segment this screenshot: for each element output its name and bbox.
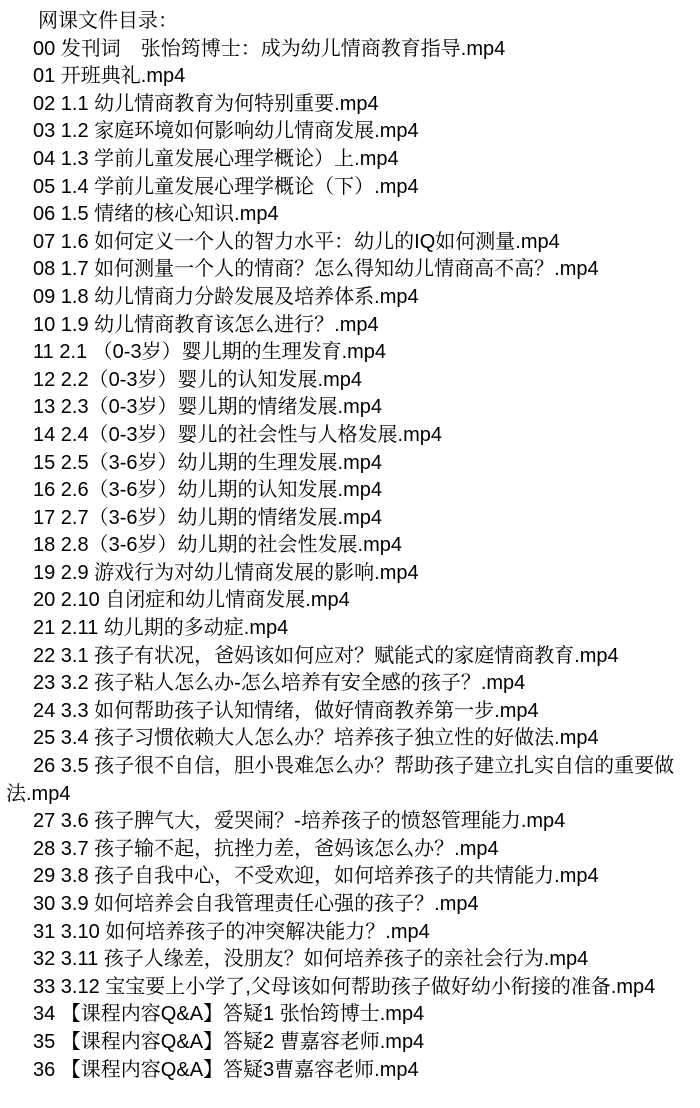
file-index: 34 bbox=[33, 1003, 55, 1025]
file-index: 13 bbox=[33, 396, 55, 418]
file-list-item: 06 1.5 情绪的核心知识.mp4 bbox=[6, 201, 687, 229]
file-name: 2.11 幼儿期的多动症.mp4 bbox=[55, 617, 288, 639]
file-index: 14 bbox=[33, 424, 55, 446]
file-index: 22 bbox=[33, 645, 55, 667]
file-list-item: 31 3.10 如何培养孩子的冲突解决能力？.mp4 bbox=[6, 919, 687, 947]
file-index: 23 bbox=[33, 672, 55, 694]
file-name: 1.2 家庭环境如何影响幼儿情商发展.mp4 bbox=[55, 120, 418, 142]
file-list-item: 32 3.11 孩子人缘差，没朋友？如何培养孩子的亲社会行为.mp4 bbox=[6, 946, 687, 974]
file-name: 2.6（3-6岁）幼儿期的认知发展.mp4 bbox=[55, 479, 382, 501]
file-list-item: 14 2.4（0-3岁）婴儿的社会性与人格发展.mp4 bbox=[6, 422, 687, 450]
file-list-item: 28 3.7 孩子输不起，抗挫力差，爸妈该怎么办？.mp4 bbox=[6, 836, 687, 864]
file-index: 11 bbox=[33, 341, 54, 363]
file-index: 29 bbox=[33, 865, 55, 887]
file-list-item: 26 3.5 孩子很不自信，胆小畏难怎么办？帮助孩子建立扎实自信的重要做法.mp… bbox=[6, 753, 687, 808]
file-index: 30 bbox=[33, 893, 55, 915]
file-list-item: 34 【课程内容Q&A】答疑1 张怡筠博士.mp4 bbox=[6, 1001, 687, 1029]
file-index: 16 bbox=[33, 479, 55, 501]
file-name: 1.8 幼儿情商力分龄发展及培养体系.mp4 bbox=[55, 286, 418, 308]
file-name: 3.9 如何培养会自我管理责任心强的孩子？.mp4 bbox=[55, 893, 478, 915]
file-index: 05 bbox=[33, 176, 55, 198]
file-index: 21 bbox=[33, 617, 55, 639]
file-name: 【课程内容Q&A】答疑3曹嘉容老师.mp4 bbox=[55, 1059, 418, 1081]
file-index: 02 bbox=[33, 93, 55, 115]
file-index: 09 bbox=[33, 286, 55, 308]
file-name: 1.3 学前儿童发展心理学概论）上.mp4 bbox=[55, 148, 398, 170]
file-index: 28 bbox=[33, 838, 55, 860]
file-list-item: 25 3.4 孩子习惯依赖大人怎么办？培养孩子独立性的好做法.mp4 bbox=[6, 725, 687, 753]
file-name: 3.6 孩子脾气大，爱哭闹？-培养孩子的愤怒管理能力.mp4 bbox=[55, 810, 565, 832]
file-list-item: 13 2.3（0-3岁）婴儿期的情绪发展.mp4 bbox=[6, 394, 687, 422]
file-list-item: 35 【课程内容Q&A】答疑2 曹嘉容老师.mp4 bbox=[6, 1029, 687, 1057]
file-list-item: 22 3.1 孩子有状况，爸妈该如何应对？赋能式的家庭情商教育.mp4 bbox=[6, 643, 687, 671]
file-list-item: 20 2.10 自闭症和幼儿情商发展.mp4 bbox=[6, 587, 687, 615]
file-index: 27 bbox=[33, 810, 55, 832]
file-name: 3.3 如何帮助孩子认知情绪，做好情商教养第一步.mp4 bbox=[55, 700, 538, 722]
file-name: 3.1 孩子有状况，爸妈该如何应对？赋能式的家庭情商教育.mp4 bbox=[55, 645, 618, 667]
file-name: 3.2 孩子粘人怎么办-怎么培养有安全感的孩子？.mp4 bbox=[55, 672, 525, 694]
file-name: 2.1 （0-3岁）婴儿期的生理发育.mp4 bbox=[54, 341, 386, 363]
file-name: 1.6 如何定义一个人的智力水平：幼儿的IQ如何测量.mp4 bbox=[55, 231, 560, 253]
file-name: 1.9 幼儿情商教育该怎么进行？.mp4 bbox=[55, 314, 378, 336]
file-name: 1.5 情绪的核心知识.mp4 bbox=[55, 203, 278, 225]
file-index: 10 bbox=[33, 314, 55, 336]
file-name: 2.3（0-3岁）婴儿期的情绪发展.mp4 bbox=[55, 396, 382, 418]
file-name: 开班典礼.mp4 bbox=[55, 65, 185, 87]
file-list-item: 27 3.6 孩子脾气大，爱哭闹？-培养孩子的愤怒管理能力.mp4 bbox=[6, 808, 687, 836]
file-list-item: 24 3.3 如何帮助孩子认知情绪，做好情商教养第一步.mp4 bbox=[6, 698, 687, 726]
file-list-item: 15 2.5（3-6岁）幼儿期的生理发展.mp4 bbox=[6, 450, 687, 478]
file-index: 08 bbox=[33, 258, 55, 280]
file-index: 19 bbox=[33, 562, 55, 584]
file-name: 3.4 孩子习惯依赖大人怎么办？培养孩子独立性的好做法.mp4 bbox=[55, 727, 598, 749]
file-list-item: 02 1.1 幼儿情商教育为何特别重要.mp4 bbox=[6, 91, 687, 119]
file-list-item: 09 1.8 幼儿情商力分龄发展及培养体系.mp4 bbox=[6, 284, 687, 312]
file-name: 3.10 如何培养孩子的冲突解决能力？.mp4 bbox=[55, 921, 430, 943]
file-name: 1.1 幼儿情商教育为何特别重要.mp4 bbox=[55, 93, 378, 115]
file-name: 2.7（3-6岁）幼儿期的情绪发展.mp4 bbox=[55, 507, 382, 529]
file-name: 3.11 孩子人缘差，没朋友？如何培养孩子的亲社会行为.mp4 bbox=[55, 948, 588, 970]
file-index: 01 bbox=[33, 65, 55, 87]
file-index: 18 bbox=[33, 534, 55, 556]
file-list: 00 发刊词 张怡筠博士：成为幼儿情商教育指导.mp401 开班典礼.mp402… bbox=[6, 36, 687, 1085]
file-list-item: 36 【课程内容Q&A】答疑3曹嘉容老师.mp4 bbox=[6, 1057, 687, 1085]
file-index: 31 bbox=[33, 921, 55, 943]
file-list-item: 01 开班典礼.mp4 bbox=[6, 63, 687, 91]
file-index: 03 bbox=[33, 120, 55, 142]
file-list-item: 17 2.7（3-6岁）幼儿期的情绪发展.mp4 bbox=[6, 505, 687, 533]
file-name: 发刊词 张怡筠博士：成为幼儿情商教育指导.mp4 bbox=[55, 38, 505, 60]
file-list-item: 10 1.9 幼儿情商教育该怎么进行？.mp4 bbox=[6, 312, 687, 340]
file-index: 24 bbox=[33, 700, 55, 722]
file-list-item: 07 1.6 如何定义一个人的智力水平：幼儿的IQ如何测量.mp4 bbox=[6, 229, 687, 257]
document-title: 网课文件目录： bbox=[6, 8, 687, 36]
file-name: 2.8（3-6岁）幼儿期的社会性发展.mp4 bbox=[55, 534, 402, 556]
file-list-item: 11 2.1 （0-3岁）婴儿期的生理发育.mp4 bbox=[6, 339, 687, 367]
file-list-item: 19 2.9 游戏行为对幼儿情商发展的影响.mp4 bbox=[6, 560, 687, 588]
file-name: 【课程内容Q&A】答疑1 张怡筠博士.mp4 bbox=[55, 1003, 424, 1025]
file-name: 2.10 自闭症和幼儿情商发展.mp4 bbox=[55, 589, 350, 611]
file-index: 15 bbox=[33, 452, 55, 474]
file-name: 2.4（0-3岁）婴儿的社会性与人格发展.mp4 bbox=[55, 424, 442, 446]
file-index: 12 bbox=[33, 369, 55, 391]
file-name: 3.5 孩子很不自信，胆小畏难怎么办？帮助孩子建立扎实自信的重要做法.mp4 bbox=[6, 755, 674, 805]
file-index: 33 bbox=[33, 976, 55, 998]
file-list-item: 05 1.4 学前儿童发展心理学概论（下）.mp4 bbox=[6, 174, 687, 202]
file-list-item: 16 2.6（3-6岁）幼儿期的认知发展.mp4 bbox=[6, 477, 687, 505]
file-index: 35 bbox=[33, 1031, 55, 1053]
file-index: 36 bbox=[33, 1059, 55, 1081]
file-index: 17 bbox=[33, 507, 55, 529]
file-index: 04 bbox=[33, 148, 55, 170]
file-index: 32 bbox=[33, 948, 55, 970]
file-list-item: 30 3.9 如何培养会自我管理责任心强的孩子？.mp4 bbox=[6, 891, 687, 919]
file-name: 2.2（0-3岁）婴儿的认知发展.mp4 bbox=[55, 369, 362, 391]
file-list-item: 03 1.2 家庭环境如何影响幼儿情商发展.mp4 bbox=[6, 118, 687, 146]
file-name: 1.7 如何测量一个人的情商？怎么得知幼儿情商高不高？.mp4 bbox=[55, 258, 598, 280]
file-list-item: 00 发刊词 张怡筠博士：成为幼儿情商教育指导.mp4 bbox=[6, 36, 687, 64]
file-list-item: 29 3.8 孩子自我中心，不受欢迎，如何培养孩子的共情能力.mp4 bbox=[6, 863, 687, 891]
file-name: 3.12 宝宝要上小学了,父母该如何帮助孩子做好幼小衔接的准备.mp4 bbox=[55, 976, 655, 998]
file-index: 07 bbox=[33, 231, 55, 253]
file-index: 06 bbox=[33, 203, 55, 225]
file-index: 26 bbox=[33, 755, 55, 777]
file-name: 1.4 学前儿童发展心理学概论（下）.mp4 bbox=[55, 176, 418, 198]
file-name: 2.5（3-6岁）幼儿期的生理发展.mp4 bbox=[55, 452, 382, 474]
file-name: 2.9 游戏行为对幼儿情商发展的影响.mp4 bbox=[55, 562, 418, 584]
file-index: 00 bbox=[33, 38, 55, 60]
file-list-item: 18 2.8（3-6岁）幼儿期的社会性发展.mp4 bbox=[6, 532, 687, 560]
file-list-item: 23 3.2 孩子粘人怎么办-怎么培养有安全感的孩子？.mp4 bbox=[6, 670, 687, 698]
file-list-item: 21 2.11 幼儿期的多动症.mp4 bbox=[6, 615, 687, 643]
file-list-item: 04 1.3 学前儿童发展心理学概论）上.mp4 bbox=[6, 146, 687, 174]
file-list-item: 08 1.7 如何测量一个人的情商？怎么得知幼儿情商高不高？.mp4 bbox=[6, 256, 687, 284]
file-list-item: 12 2.2（0-3岁）婴儿的认知发展.mp4 bbox=[6, 367, 687, 395]
file-name: 3.8 孩子自我中心，不受欢迎，如何培养孩子的共情能力.mp4 bbox=[55, 865, 598, 887]
file-list-item: 33 3.12 宝宝要上小学了,父母该如何帮助孩子做好幼小衔接的准备.mp4 bbox=[6, 974, 687, 1002]
course-file-directory: 网课文件目录： 00 发刊词 张怡筠博士：成为幼儿情商教育指导.mp401 开班… bbox=[0, 0, 700, 1084]
file-index: 20 bbox=[33, 589, 55, 611]
file-name: 3.7 孩子输不起，抗挫力差，爸妈该怎么办？.mp4 bbox=[55, 838, 498, 860]
file-name: 【课程内容Q&A】答疑2 曹嘉容老师.mp4 bbox=[55, 1031, 424, 1053]
file-index: 25 bbox=[33, 727, 55, 749]
